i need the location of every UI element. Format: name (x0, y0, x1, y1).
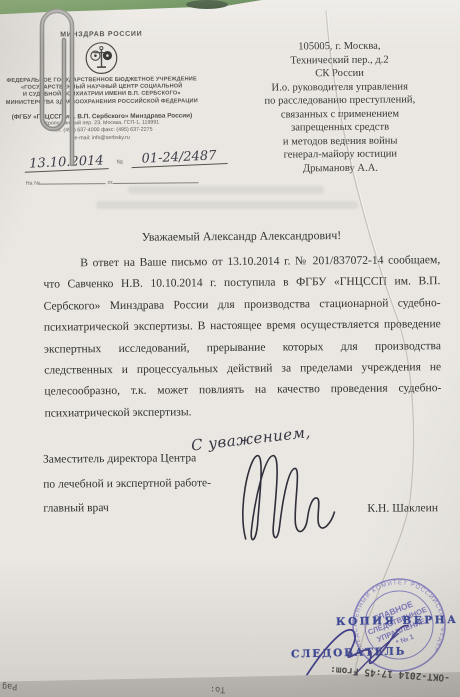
green-table-shadow (186, 0, 228, 9)
recipient-block: 105005, г. Москва, Технический пер., д.2… (240, 39, 439, 176)
signer-name: К.Н. Шаклеин (367, 501, 438, 515)
director-signature (233, 448, 342, 549)
outgoing-number-row: 13.10.2014 № 01-24/2487 (24, 147, 254, 173)
org-name-line: МИНИСТЕРСТВА ЗДРАВООХРАНЕНИЯ РОССИЙСКОЙ … (0, 98, 204, 107)
ministry-name: МИНЗДРАВ РОССИИ (0, 30, 203, 39)
scanned-letter-photo: МИНЗДРАВ РОССИИ ФЕДЕРАЛЬНОЕ ГОСУДАРСТВЕН… (0, 0, 460, 697)
recipient-line: Дрыманову А.А. (241, 161, 439, 176)
recipient-line: по расследованию преступлений, (241, 93, 439, 108)
serbsky-center-logo-icon (84, 41, 118, 75)
number-sign: № (116, 160, 123, 166)
ref-blank-line (40, 177, 106, 185)
fax-header-page: Pag (2, 681, 18, 691)
ref-blank-line (113, 176, 199, 184)
ref-on-label: На № (26, 181, 41, 187)
body-line: психиатрической экспертизы. (44, 403, 441, 428)
letter-body: В ответ на Ваше письмо от 13.10.2014 г. … (43, 253, 441, 428)
fax-header-to: To: (210, 684, 226, 694)
reference-number-row: На № от (26, 176, 200, 187)
handwritten-date: 13.10.2014 (24, 153, 109, 173)
handwritten-outgoing-number: 01-24/2487 (131, 148, 228, 168)
salutation: Уважаемый Александр Александрович! (43, 227, 440, 245)
letterhead: МИНЗДРАВ РОССИИ ФЕДЕРАЛЬНОЕ ГОСУДАРСТВЕН… (0, 30, 204, 143)
org-email: e-mail: info@serbsky.ru (0, 134, 204, 143)
